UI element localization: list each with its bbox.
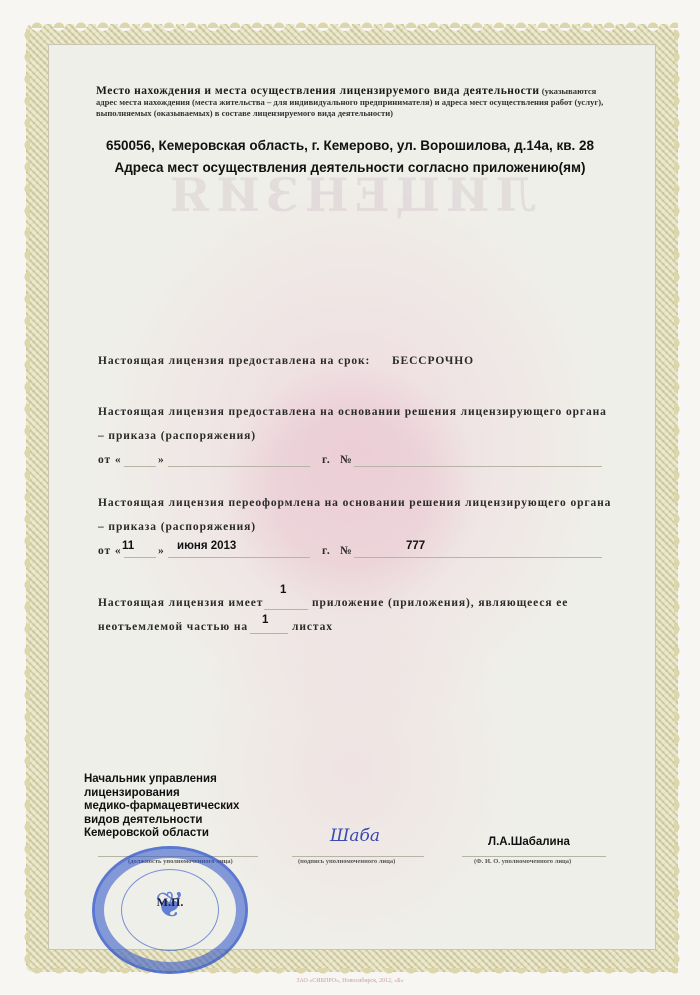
position-line: медико-фармацевтических bbox=[84, 800, 239, 814]
granted-from-label: от « bbox=[98, 454, 121, 466]
term-label: Настоящая лицензия предоставлена на срок… bbox=[98, 355, 370, 367]
granted-month-line bbox=[168, 466, 310, 467]
address-note: Адреса мест осуществления деятельности с… bbox=[0, 160, 700, 175]
granted-line2: – приказа (распоряжения) bbox=[98, 430, 256, 442]
reissued-year-suffix: г. bbox=[322, 545, 331, 557]
address: 650056, Кемеровская область, г. Кемерово… bbox=[0, 138, 700, 153]
position-line: видов деятельности bbox=[84, 814, 239, 828]
printer-imprint: ЗАО «СИБПРО», Новосибирск, 2012, «Б» bbox=[0, 978, 700, 984]
appendix-count-line bbox=[264, 609, 308, 610]
location-header-title: Место нахождения и места осуществления л… bbox=[96, 85, 540, 97]
granted-number-label: № bbox=[340, 454, 352, 466]
reissued-day: 11 bbox=[122, 540, 134, 552]
granted-number-line bbox=[354, 466, 602, 467]
location-header: Место нахождения и места осуществления л… bbox=[96, 86, 606, 119]
term-value: БЕССРОЧНО bbox=[392, 355, 474, 367]
signature-line-rule bbox=[292, 856, 424, 857]
reissued-line1: Настоящая лицензия переоформлена на осно… bbox=[98, 497, 611, 509]
show-through-title: ЛИЦЕНЗИЯ bbox=[0, 168, 700, 222]
reissued-month-line bbox=[168, 557, 310, 558]
reissued-line2: – приказа (распоряжения) bbox=[98, 521, 256, 533]
position-line: лицензирования bbox=[84, 787, 239, 801]
granted-day-line bbox=[124, 466, 156, 467]
appendix-sheets: 1 bbox=[262, 614, 268, 626]
appendix-line2-before: неотъемлемой частью на bbox=[98, 621, 248, 633]
position-line: Начальник управления bbox=[84, 773, 239, 787]
granted-quote-close: » bbox=[158, 454, 165, 466]
reissued-month-year: июня 2013 bbox=[177, 540, 236, 552]
reissued-number: 777 bbox=[406, 540, 425, 552]
appendix-sheets-line bbox=[250, 633, 288, 634]
granted-line1: Настоящая лицензия предоставлена на осно… bbox=[98, 406, 607, 418]
watermark-emblem bbox=[220, 360, 480, 620]
signatory-position: Начальник управления лицензирования меди… bbox=[84, 773, 239, 841]
signature-caption: (подпись уполномоченного лица) bbox=[298, 858, 395, 865]
name-caption: (Ф. И. О. уполномоченного лица) bbox=[474, 858, 571, 865]
granted-year-suffix: г. bbox=[322, 454, 331, 466]
appendix-line2-after: листах bbox=[292, 621, 333, 633]
reissued-number-label: № bbox=[340, 545, 352, 557]
appendix-line1-after: приложение (приложения), являющееся ее bbox=[312, 597, 568, 609]
appendix-line1-before: Настоящая лицензия имеет bbox=[98, 597, 263, 609]
seal-label: М.П. bbox=[95, 895, 245, 910]
appendix-count: 1 bbox=[280, 584, 286, 596]
reissued-number-line bbox=[354, 557, 602, 558]
position-line: Кемеровской области bbox=[84, 827, 239, 841]
handwritten-signature: Шаба bbox=[330, 826, 380, 846]
reissued-day-line bbox=[124, 557, 156, 558]
official-seal: ❦ М.П. bbox=[92, 846, 248, 974]
name-line-rule bbox=[462, 856, 606, 857]
border-scallop-top bbox=[26, 16, 678, 28]
reissued-from-label: от « bbox=[98, 545, 121, 557]
reissued-quote-close: » bbox=[158, 545, 165, 557]
signatory-name: Л.А.Шабалина bbox=[488, 836, 570, 848]
